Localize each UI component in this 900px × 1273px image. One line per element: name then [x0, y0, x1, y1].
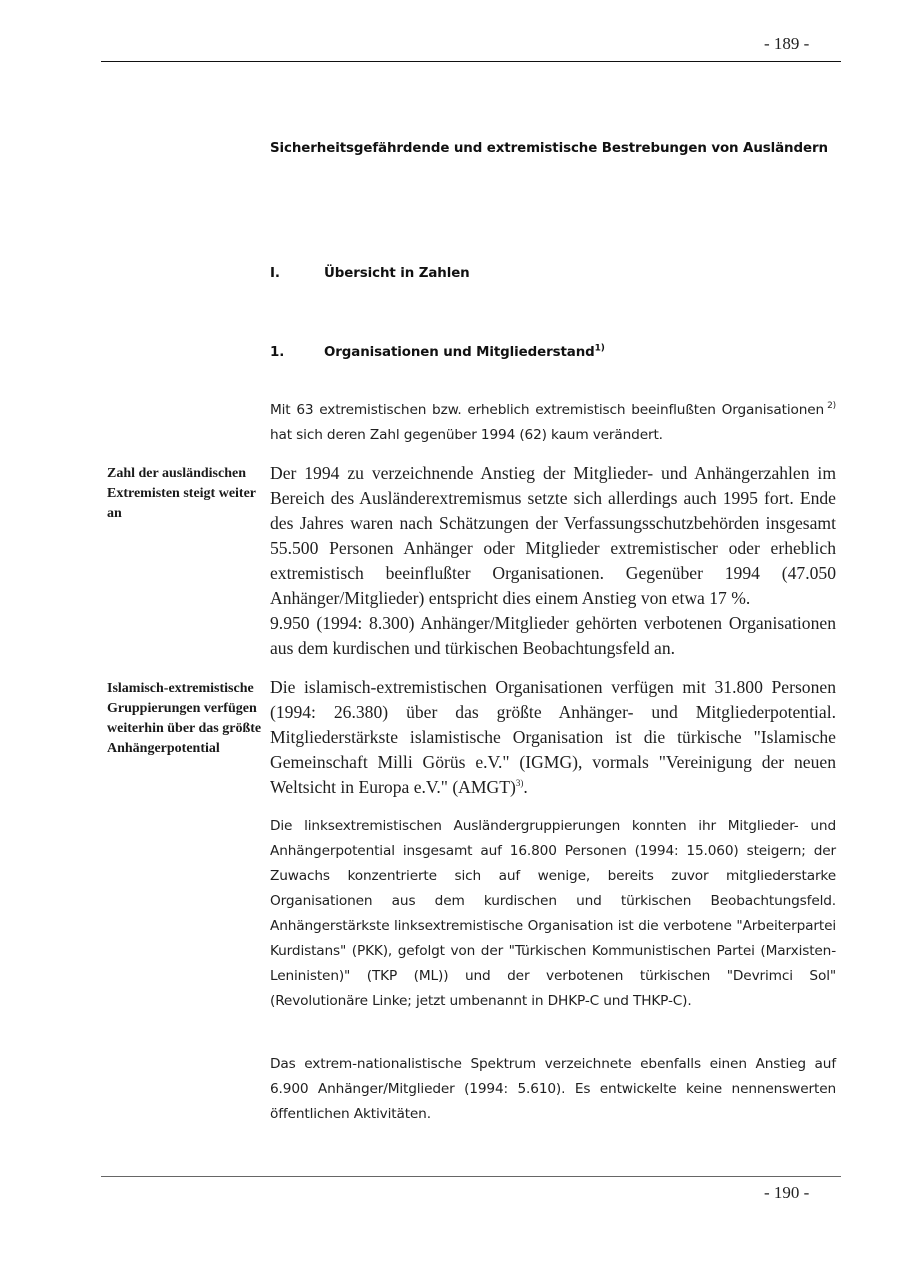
- subsection-number: 1.: [270, 345, 324, 360]
- margin-note-extremist-growth: Zahl der ausländischen Extremisten steig…: [107, 464, 267, 524]
- left-extremist-paragraph: Die linksextremistischen Ausländergruppi…: [270, 814, 836, 1014]
- footnote-ref: 1): [595, 344, 605, 354]
- footer-page-number: - 190 -: [764, 1183, 809, 1203]
- section-title: Übersicht in Zahlen: [324, 266, 470, 281]
- footnote-ref: 2): [827, 401, 836, 411]
- section-heading: I.Übersicht in Zahlen: [270, 266, 470, 281]
- extremist-growth-section: Der 1994 zu verzeichnende Anstieg der Mi…: [270, 461, 836, 661]
- margin-note-islamist-potential: Islamisch-extremistische Gruppierungen v…: [107, 679, 267, 759]
- nationalist-paragraph: Das extrem-nationalistische Spektrum ver…: [270, 1052, 836, 1127]
- intro-text: Mit 63 extremistischen bzw. erheblich ex…: [270, 402, 824, 418]
- chapter-title: Sicherheitsgefährdende und extremistisch…: [270, 141, 828, 156]
- subsection-heading: 1.Organisationen und Mitgliederstand1): [270, 345, 605, 360]
- header-rule: [101, 61, 841, 62]
- paragraph: Der 1994 zu verzeichnende Anstieg der Mi…: [270, 461, 836, 611]
- section-number: I.: [270, 266, 324, 281]
- header-page-number: - 189 -: [764, 34, 809, 54]
- subsection-title: Organisationen und Mitgliederstand: [324, 345, 595, 360]
- islamist-paragraph: Die islamisch-extremistischen Organisati…: [270, 675, 836, 800]
- intro-text-continued: hat sich deren Zahl gegenüber 1994 (62) …: [270, 427, 663, 443]
- islamist-text: Die islamisch-extremistischen Organisati…: [270, 677, 836, 797]
- intro-paragraph: Mit 63 extremistischen bzw. erheblich ex…: [270, 398, 836, 448]
- footer-rule: [101, 1176, 841, 1177]
- islamist-text-end: .: [523, 777, 527, 797]
- paragraph: 9.950 (1994: 8.300) Anhänger/Mitglieder …: [270, 611, 836, 661]
